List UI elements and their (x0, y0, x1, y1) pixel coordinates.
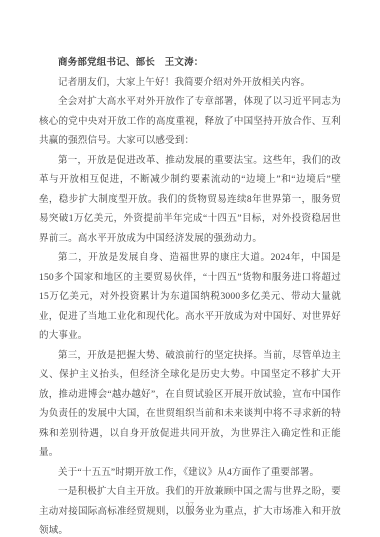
paragraph-greeting: 记者朋友们，大家上午好！我简要介绍对外开放相关内容。 (39, 74, 341, 94)
paragraph-plan-intro: 关于“十五五”时期开放工作，《建议》从4方面作了重要部署。 (39, 464, 341, 484)
paragraph-point-2: 第二，开放是发展自身、造福世界的康庄大道。2024年，中国是150多个国家和地区… (39, 249, 341, 347)
paragraph-point-1: 第一，开放是促进改革、推动发展的重要法宝。这些年，我们的改革与开放相互促进，不断… (39, 152, 341, 250)
paragraph-intro: 全会对扩大高水平对外开放作了专章部署，体现了以习近平同志为核心的党中央对开放工作… (39, 93, 341, 152)
speaker-line: 商务部党组书记、部长 王文涛： (39, 54, 341, 74)
page-number: 27 (0, 500, 380, 509)
paragraph-measure-1: 一是积极扩大自主开放。我们的开放兼顾中国之需与世界之盼，要主动对接国际高标准经贸… (39, 483, 341, 537)
document-text: 商务部党组书记、部长 王文涛： 记者朋友们，大家上午好！我简要介绍对外开放相关内… (39, 54, 341, 537)
document-page: 商务部党组书记、部长 王文涛： 记者朋友们，大家上午好！我简要介绍对外开放相关内… (0, 0, 380, 537)
paragraph-point-3: 第三，开放是把握大势、破浪前行的坚定抉择。当前，尽管单边主义、保护主义抬头，但经… (39, 347, 341, 464)
